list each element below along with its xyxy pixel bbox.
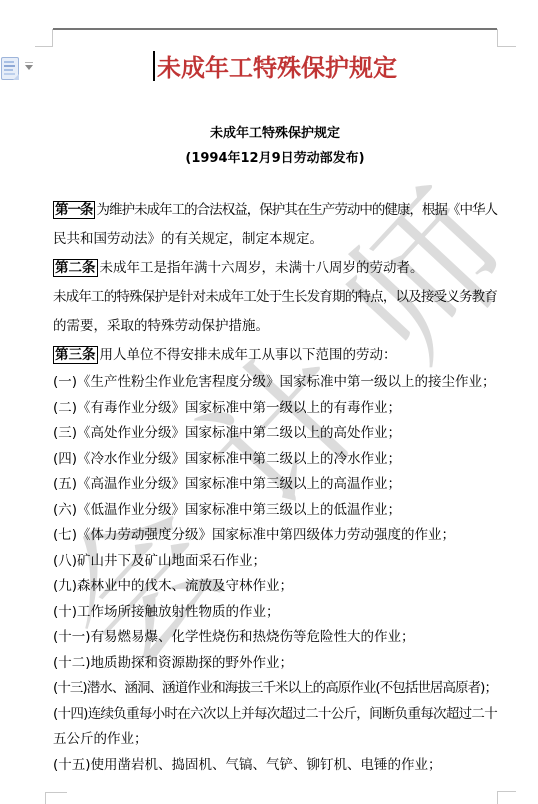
document-line: (十)工作场所接触放射性物质的作业； xyxy=(53,600,497,626)
document-line: 未成年工的特殊保护是针对未成年工处于生长发育期的特点，以及接受义务教育 xyxy=(53,283,497,312)
paragraph-block: 第一条为维护未成年工的合法权益，保护其在生产劳动中的健康，根据《中华人民共和国劳… xyxy=(53,196,497,778)
document-line: 的需要，采取的特殊劳动保护措施。 xyxy=(53,312,497,341)
crop-mark-top-right xyxy=(497,29,498,47)
document-line: (七)《体力劳动强度分级》国家标准中第四级体力劳动强度的作业； xyxy=(53,523,497,549)
title-line: 未成年工特殊保护规定 xyxy=(53,49,497,87)
line-text: 五公斤的作业； xyxy=(53,731,148,747)
document-line: (八)矿山井下及矿山地面采石作业； xyxy=(53,549,497,575)
line-text: 未成年工的特殊保护是针对未成年工处于生长发育期的特点，以及接受义务教育 xyxy=(53,289,497,305)
text-cursor xyxy=(153,51,155,81)
document-line: (六)《低温作业分级》国家标准中第三级以上的低温作业； xyxy=(53,498,497,524)
line-text: (九)森林业中的伐木、流放及守林作业； xyxy=(53,578,293,594)
document-line: (九)森林业中的伐木、流放及守林作业； xyxy=(53,574,497,600)
line-text: (十三)潜水、涵洞、涵道作业和海拔三千米以上的高原作业(不包括世居高原者)； xyxy=(53,680,497,696)
crop-mark-bottom-left xyxy=(45,792,46,804)
document-line: 民共和国劳动法》的有关规定，制定本规定。 xyxy=(53,225,497,254)
document-line: (十二)地质勘探和资源勘探的野外作业； xyxy=(53,651,497,677)
article-number-label: 第三条 xyxy=(53,346,98,364)
line-text: (六)《低温作业分级》国家标准中第三级以上的低温作业； xyxy=(53,502,401,518)
document-line: 第一条为维护未成年工的合法权益，保护其在生产劳动中的健康，根据《中华人 xyxy=(53,196,497,225)
line-text: (十五)使用凿岩机、捣固机、气镐、气铲、铆钉机、电锤的作业； xyxy=(53,757,442,773)
line-text: 为维护未成年工的合法权益，保护其在生产劳动中的健康，根据《中华人 xyxy=(97,202,497,218)
document-line: (十四)连续负重每小时在六次以上并每次超过二十公斤，间断负重每次超过二十 xyxy=(53,702,497,728)
line-text: (二)《有毒作业分级》国家标准中第一级以上的有毒作业； xyxy=(53,400,401,416)
line-text: (八)矿山井下及矿山地面采石作业； xyxy=(53,553,266,569)
line-text: (十二)地质勘探和资源勘探的野外作业； xyxy=(53,655,293,671)
line-text: (七)《体力劳动强度分级》国家标准中第四级体力劳动强度的作业； xyxy=(53,527,455,543)
line-text: 的需要，采取的特殊劳动保护措施。 xyxy=(53,318,269,334)
dropdown-bar xyxy=(25,62,33,63)
line-text: (十一)有易燃易爆、化学性烧伤和热烧伤等危险性大的作业； xyxy=(53,629,415,645)
document-line: (十五)使用凿岩机、捣固机、气镐、气铲、铆钉机、电锤的作业； xyxy=(53,753,497,779)
line-text: 民共和国劳动法》的有关规定，制定本规定。 xyxy=(53,231,323,247)
chevron-down-icon xyxy=(25,65,33,70)
document-line: (十三)潜水、涵洞、涵道作业和海拔三千米以上的高原作业(不包括世居高原者)； xyxy=(53,676,497,702)
text-boundary-top-line xyxy=(53,28,497,30)
article-number-label: 第一条 xyxy=(53,201,95,219)
document-line: (十一)有易燃易爆、化学性烧伤和热烧伤等危险性大的作业； xyxy=(53,625,497,651)
crop-mark-bottom-right xyxy=(497,791,498,804)
clipboard-paste-icon xyxy=(1,57,19,80)
line-text: (十)工作场所接触放射性物质的作业； xyxy=(53,604,280,620)
document-line: (三)《高处作业分级》国家标准中第二级以上的高处作业； xyxy=(53,421,497,447)
line-text: (一)《生产性粉尘作业危害程度分级》国家标准中第一级以上的接尘作业； xyxy=(53,374,496,390)
document-line: (二)《有毒作业分级》国家标准中第一级以上的有毒作业； xyxy=(53,396,497,422)
document-line: (五)《高温作业分级》国家标准中第三级以上的高温作业； xyxy=(53,472,497,498)
crop-mark-top-left xyxy=(35,46,53,47)
line-text: (十四)连续负重每小时在六次以上并每次超过二十公斤，间断负重每次超过二十 xyxy=(53,706,497,722)
line-text: 未成年工是指年满十六周岁，未满十八周岁的劳动者。 xyxy=(100,260,424,276)
line-text: (四)《冷水作业分级》国家标准中第二级以上的冷水作业； xyxy=(53,451,401,467)
document-line: 五公斤的作业； xyxy=(53,727,497,753)
crop-mark-bottom-right xyxy=(497,791,516,792)
page-title: 未成年工特殊保护规定 xyxy=(157,54,397,82)
document-line: 第三条用人单位不得安排未成年工从事以下范围的劳动： xyxy=(53,341,497,370)
article-number-label: 第二条 xyxy=(53,259,98,277)
paste-options-button[interactable] xyxy=(1,56,35,82)
line-text: (三)《高处作业分级》国家标准中第二级以上的高处作业； xyxy=(53,425,401,441)
document-line: (一)《生产性粉尘作业危害程度分级》国家标准中第一级以上的接尘作业； xyxy=(53,370,497,396)
document-date-line: (1994年12月9日劳动部发布) xyxy=(53,147,497,171)
line-text: 用人单位不得安排未成年工从事以下范围的劳动： xyxy=(100,347,397,363)
document-subtitle: 未成年工特殊保护规定 xyxy=(53,123,497,145)
document-line: 第二条未成年工是指年满十六周岁，未满十八周岁的劳动者。 xyxy=(53,254,497,283)
line-text: (五)《高温作业分级》国家标准中第三级以上的高温作业； xyxy=(53,476,401,492)
crop-mark-top-right xyxy=(497,46,516,47)
crop-mark-top-left xyxy=(52,29,53,47)
crop-mark-bottom-left xyxy=(45,792,67,793)
document-line: (四)《冷水作业分级》国家标准中第二级以上的冷水作业； xyxy=(53,447,497,473)
